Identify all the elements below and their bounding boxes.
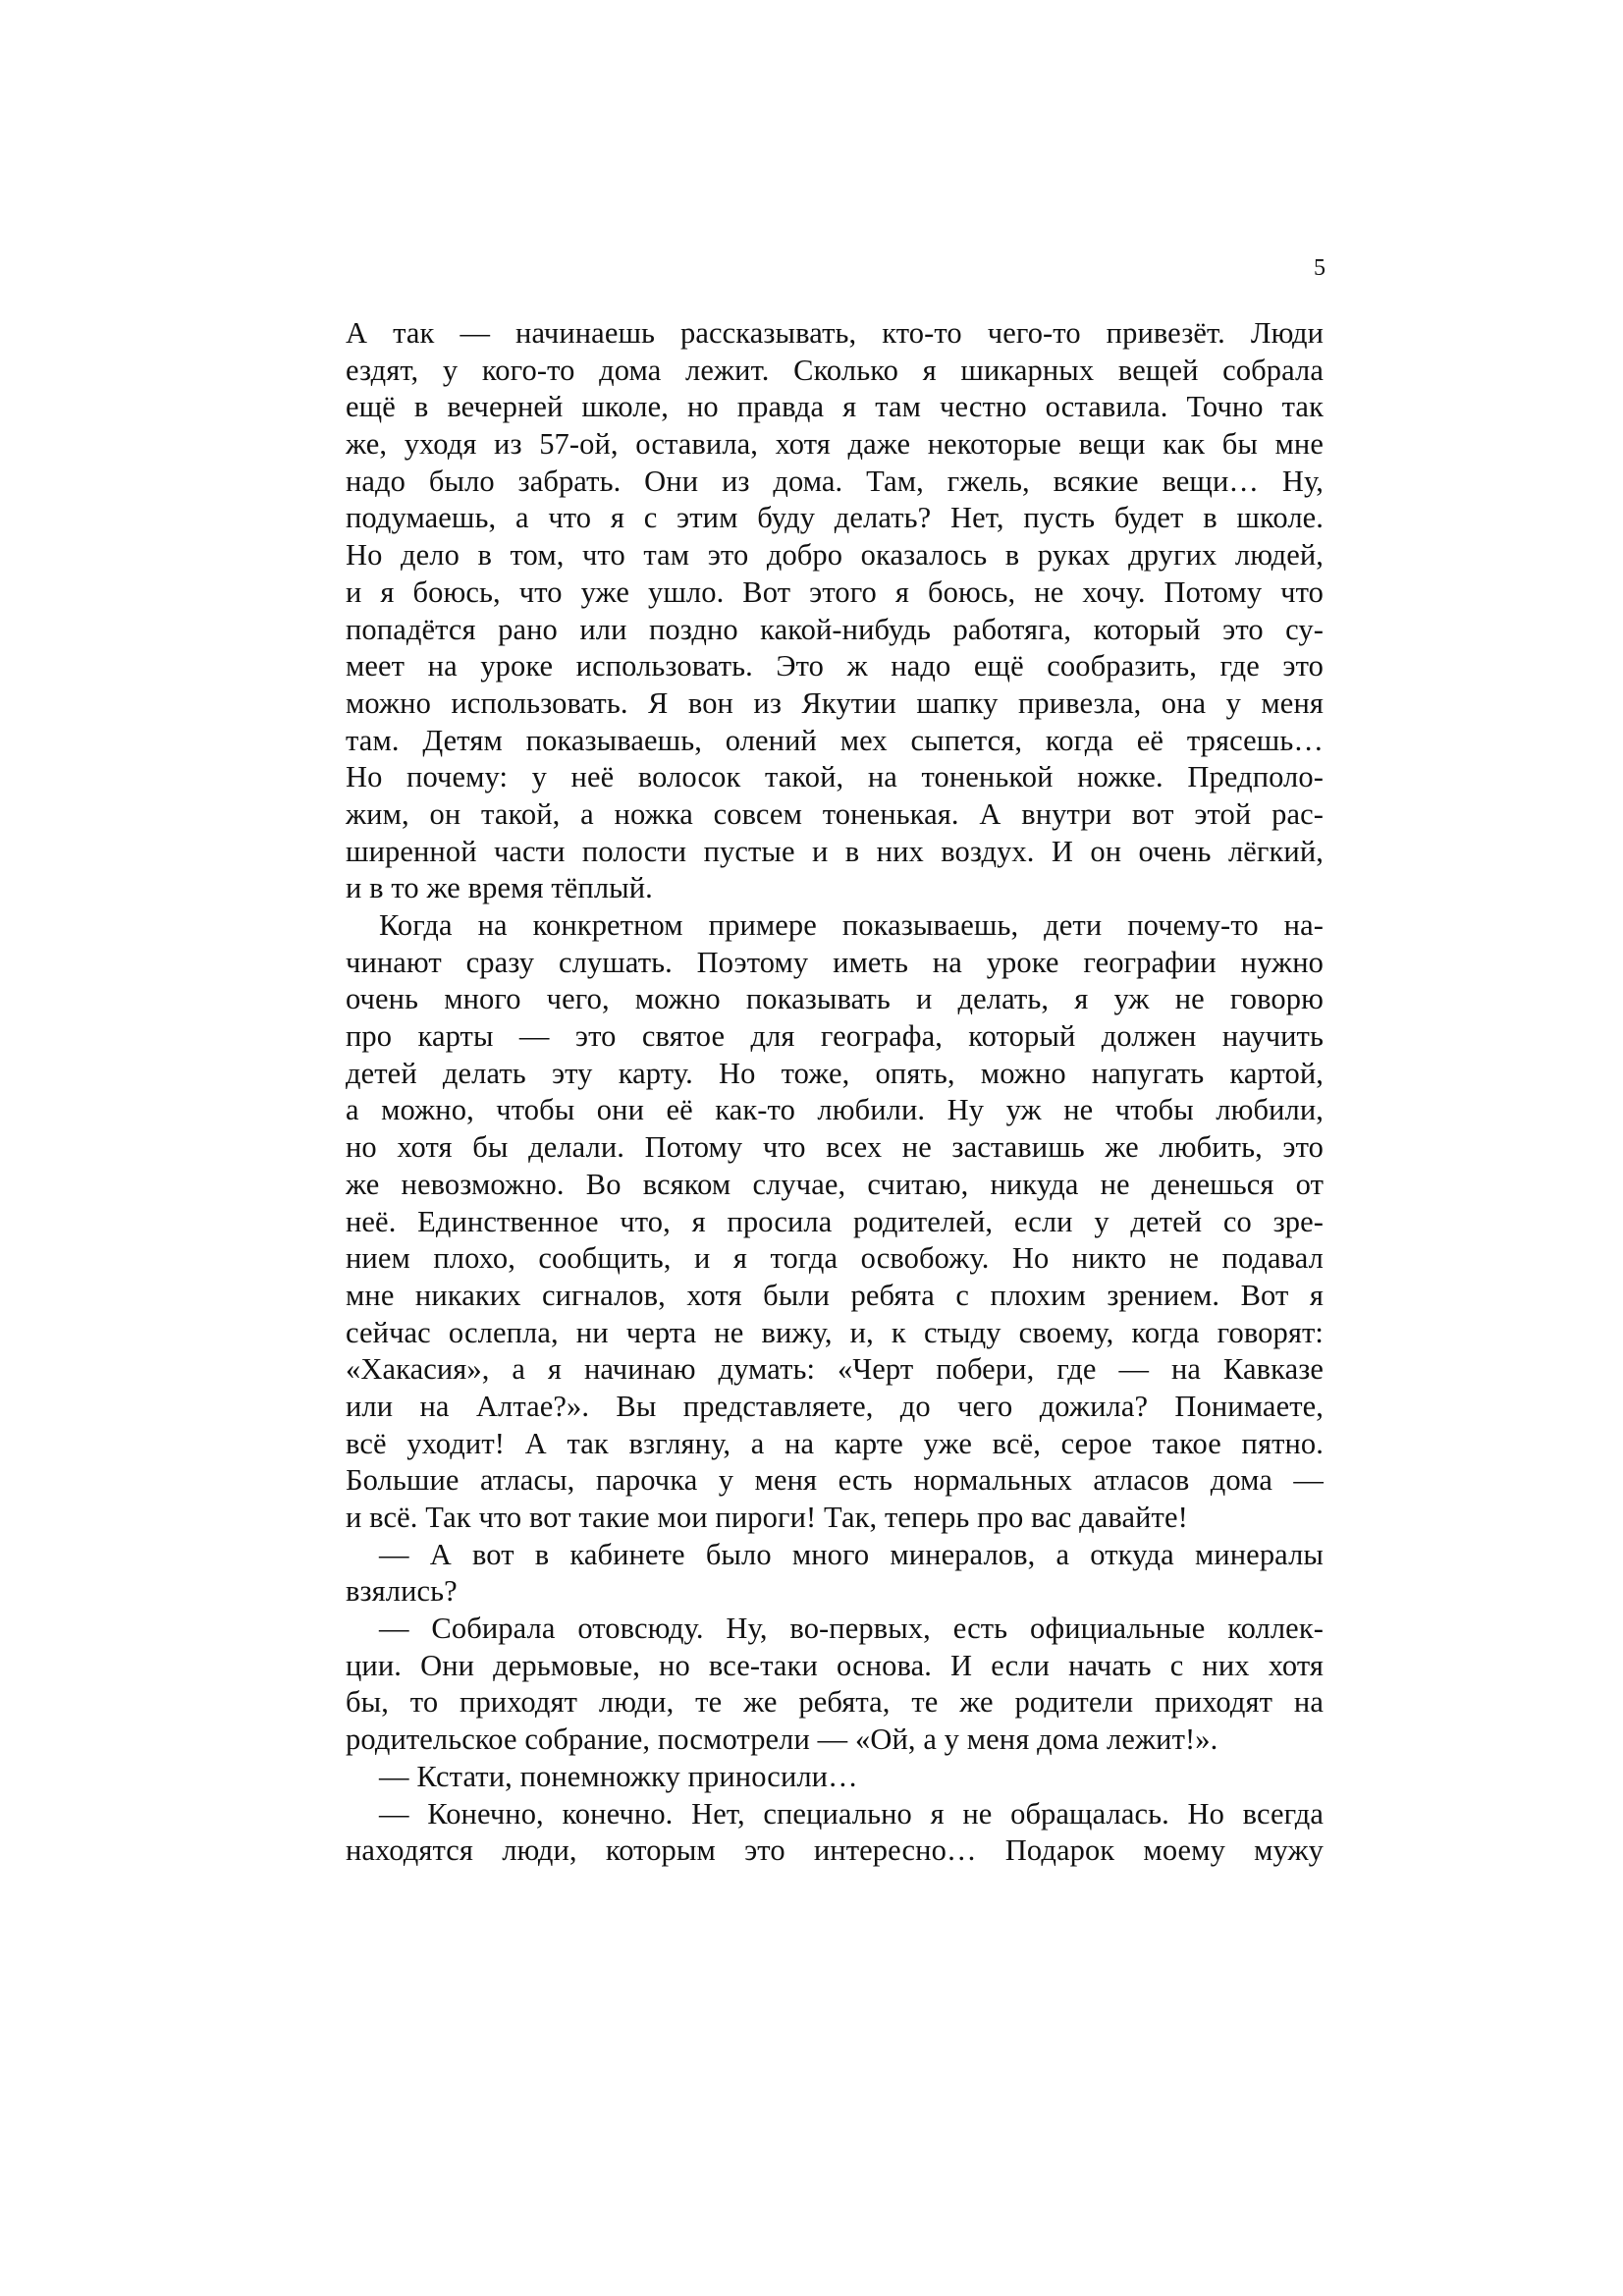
text-line: же невозможно. Во всяком случае, считаю,… — [346, 1167, 1324, 1204]
text-line: Но дело в том, что там это добро оказало… — [346, 537, 1324, 574]
text-line: Когда на конкретном примере показываешь,… — [346, 907, 1324, 945]
text-line: родительское собрание, посмотрели — «Ой,… — [346, 1722, 1324, 1759]
text-line: ции. Они дерьмовые, но все-таки основа. … — [346, 1648, 1324, 1685]
paragraph-2: Когда на конкретном примере показываешь,… — [346, 907, 1324, 1537]
text-line: и я боюсь, что уже ушло. Вот этого я бою… — [346, 574, 1324, 612]
text-line: меет на уроке использовать. Это ж надо е… — [346, 648, 1324, 685]
paragraph-3-dialogue: — А вот в кабинете было много минералов,… — [346, 1537, 1324, 1611]
page-number: 5 — [1296, 253, 1325, 283]
text-line: или на Алтае?». Вы представляете, до чег… — [346, 1389, 1324, 1426]
text-line: А так — начинаешь рассказывать, кто-то ч… — [346, 315, 1324, 353]
paragraph-1: А так — начинаешь рассказывать, кто-то ч… — [346, 315, 1324, 907]
text-line: бы, то приходят люди, те же ребята, те ж… — [346, 1684, 1324, 1722]
text-line: а можно, чтобы они её как-то любили. Ну … — [346, 1092, 1324, 1129]
text-line: — Кстати, понемножку приносили… — [346, 1759, 1324, 1796]
text-line: и всё. Так что вот такие мои пироги! Так… — [346, 1500, 1324, 1537]
text-line: детей делать эту карту. Но тоже, опять, … — [346, 1056, 1324, 1093]
paragraph-5-dialogue: — Кстати, понемножку приносили… — [346, 1759, 1324, 1796]
body-text: А так — начинаешь рассказывать, кто-то ч… — [346, 315, 1324, 1870]
text-line: ездят, у кого-то дома лежит. Сколько я ш… — [346, 353, 1324, 390]
text-line: «Хакасия», а я начинаю думать: «Черт поб… — [346, 1351, 1324, 1389]
text-line: — Собирала отовсюду. Ну, во-первых, есть… — [346, 1611, 1324, 1648]
text-line: очень много чего, можно показывать и дел… — [346, 981, 1324, 1018]
text-line: про карты — это святое для географа, кот… — [346, 1018, 1324, 1056]
text-line: попадётся рано или поздно какой-нибудь р… — [346, 612, 1324, 649]
text-line: же, уходя из 57-ой, оставила, хотя даже … — [346, 426, 1324, 464]
text-line: — Конечно, конечно. Нет, специально я не… — [346, 1796, 1324, 1833]
text-line: жим, он такой, а ножка совсем тоненькая.… — [346, 796, 1324, 834]
text-line: Но почему: у неё волосок такой, на тонен… — [346, 759, 1324, 796]
text-line: сейчас ослепла, ни черта не вижу, и, к с… — [346, 1315, 1324, 1352]
paragraph-4-dialogue: — Собирала отовсюду. Ну, во-первых, есть… — [346, 1611, 1324, 1759]
text-line: нием плохо, сообщить, и я тогда освобожу… — [346, 1240, 1324, 1278]
text-line: чинают сразу слушать. Поэтому иметь на у… — [346, 945, 1324, 982]
text-line: неё. Единственное что, я просила родител… — [346, 1204, 1324, 1241]
text-line: но хотя бы делали. Потому что всех не за… — [346, 1129, 1324, 1167]
text-line: — А вот в кабинете было много минералов,… — [346, 1537, 1324, 1574]
text-line: ещё в вечерней школе, но правда я там че… — [346, 389, 1324, 426]
text-line: взялись? — [346, 1573, 1324, 1611]
text-line: и в то же время тёплый. — [346, 870, 1324, 907]
text-line: Большие атласы, парочка у меня есть норм… — [346, 1462, 1324, 1500]
paragraph-6-dialogue: — Конечно, конечно. Нет, специально я не… — [346, 1796, 1324, 1870]
text-line: можно использовать. Я вон из Якутии шапк… — [346, 685, 1324, 723]
text-line: надо было забрать. Они из дома. Там, гже… — [346, 464, 1324, 501]
text-line: ширенной части полости пустые и в них во… — [346, 834, 1324, 871]
text-line: находятся люди, которым это интересно… П… — [346, 1832, 1324, 1870]
text-line: всё уходит! А так взгляну, а на карте уж… — [346, 1426, 1324, 1463]
text-line: подумаешь, а что я с этим буду делать? Н… — [346, 500, 1324, 537]
text-line: мне никаких сигналов, хотя были ребята с… — [346, 1278, 1324, 1315]
text-line: там. Детям показываешь, олений мех сыпет… — [346, 723, 1324, 760]
